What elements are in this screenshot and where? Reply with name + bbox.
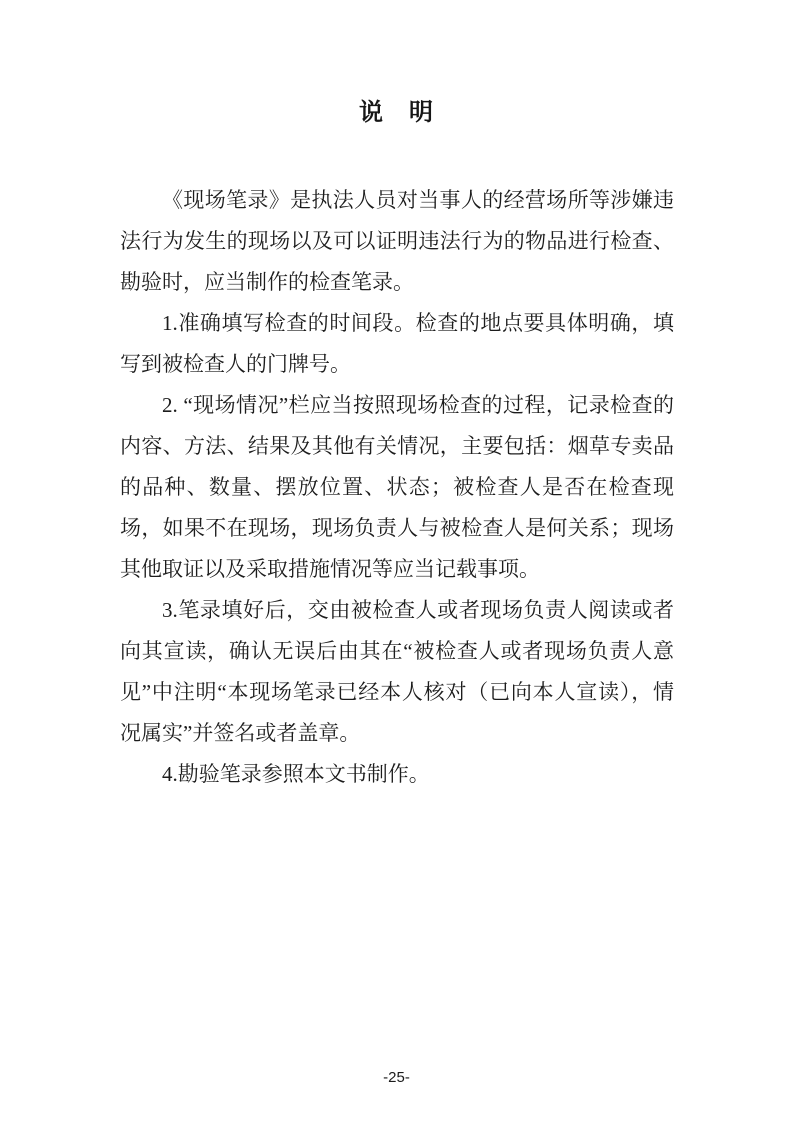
document-body: 《现场笔录》是执法人员对当事人的经营场所等涉嫌违法行为发生的现场以及可以证明违法… [120,180,674,795]
page-title: 说 明 [0,98,793,128]
document-page: 说 明 《现场笔录》是执法人员对当事人的经营场所等涉嫌违法行为发生的现场以及可以… [0,0,793,1122]
paragraph-item-4: 4.勘验笔录参照本文书制作。 [120,754,674,795]
paragraph-item-3: 3.笔录填好后，交由被检查人或者现场负责人阅读或者向其宣读，确认无误后由其在“被… [120,590,674,754]
paragraph-item-1: 1.准确填写检查的时间段。检查的地点要具体明确，填写到被检查人的门牌号。 [120,303,674,385]
paragraph-item-2: 2. “现场情况”栏应当按照现场检查的过程，记录检查的内容、方法、结果及其他有关… [120,385,674,590]
page-number: -25- [0,1068,793,1088]
paragraph-intro: 《现场笔录》是执法人员对当事人的经营场所等涉嫌违法行为发生的现场以及可以证明违法… [120,180,674,303]
